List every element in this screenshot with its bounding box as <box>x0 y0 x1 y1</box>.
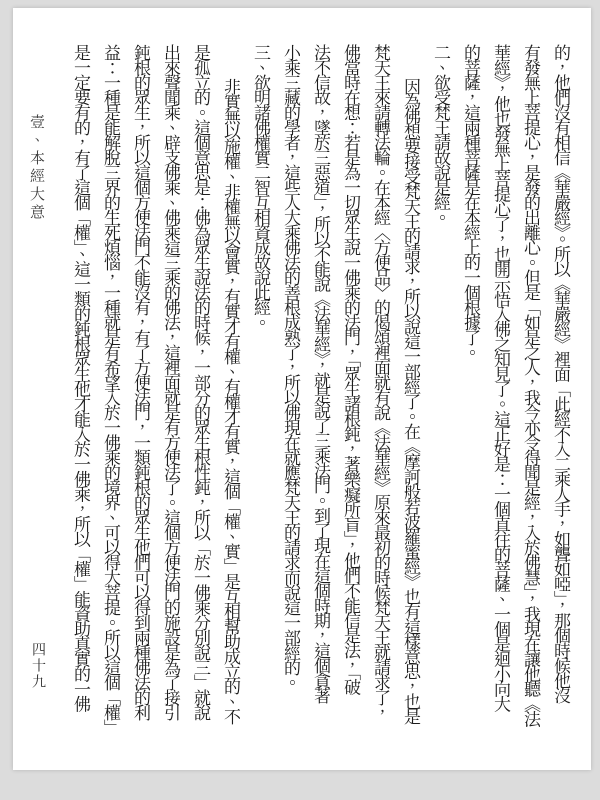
text-column: 法不信故，墜於三惡道」，所以不能說《法華經》，就是說了三乘法門。到了現在這個時期… <box>305 44 335 760</box>
text-column: 的菩薩，這兩種菩薩是在本經上的一個根據了。 <box>455 44 485 760</box>
page-number: 四十九 <box>28 642 48 690</box>
text-column: 鈍根的眾生，所以這個方便法門不能沒有，有了方便法門，一類鈍根的眾生他們可以得到兩… <box>125 44 155 760</box>
text-columns: 的，他們沒有相信《華嚴經》。所以《華嚴經》裡面「此經不入二乘人手，如聾如啞」，那… <box>61 44 575 760</box>
section-heading-column: 二、欲受梵王請故說是經。 <box>425 44 455 760</box>
text-column: 有發無上菩提心，是發的出離心。但是「如是之人，我今亦令得聞是經，入於佛慧」，我現… <box>515 44 545 760</box>
text-column: 華經》，他也發無上菩提心了，也開示悟入佛之知見了。這正好是：一個直往的菩薩、一個… <box>485 44 515 760</box>
section-heading-column: 三、欲明諸佛權實二智互相資成故說此經。 <box>245 44 275 760</box>
text-column: 的，他們沒有相信《華嚴經》。所以《華嚴經》裡面「此經不入二乘人手，如聾如啞」，那… <box>545 44 575 760</box>
text-column: 出來聲聞乘、辟支佛乘、佛乘這三乘的佛法，這裡面就是有方便法了。這個方便法門的施設… <box>155 44 185 760</box>
chapter-margin-label: 壹、本經大意 <box>27 114 48 222</box>
text-column: 小乘三藏的學者，這些人大乘佛法的善根成熟了，所以佛現在就應梵天王的請求而說這一部… <box>275 44 305 760</box>
scanned-book-page: 的，他們沒有相信《華嚴經》。所以《華嚴經》裡面「此經不入二乘人手，如聾如啞」，那… <box>0 0 600 800</box>
text-column: 梵天王來請轉法輪。在本經〈方便品〉的偈頌裡面就有說《法華經》原來最初的時候梵天王… <box>365 44 395 760</box>
text-column: 是一定要有的，有了這個「權」、這一類的鈍根眾生他才能入於一佛乘，所以「權」能資助… <box>65 44 95 760</box>
text-column: 佛當時在想：若是為一切眾生說一佛乘的法門，「眾生諸根鈍，著樂癡所盲」，他們不能信… <box>335 44 365 760</box>
text-column: 非實無以施權、非權無以會實，有實才有權、有權才有實，這個「權、實」是互相幫助成立… <box>215 44 245 760</box>
text-column: 益：一種是能解脫三界的生死煩惱，一種就是有希望入於一佛乘的境界、可以得大菩提。所… <box>95 44 125 760</box>
text-column: 因為佛想要接受梵天王的請求，所以說這一部經了。在《摩訶般若波羅蜜經》也有這樣意思… <box>395 44 425 760</box>
text-column: 是孤立的。這個意思是：佛為眾生說法的時候，一部分的眾生根性鈍，所以「於一佛乘分別… <box>185 44 215 760</box>
page: 的，他們沒有相信《華嚴經》。所以《華嚴經》裡面「此經不入二乘人手，如聾如啞」，那… <box>13 8 591 770</box>
